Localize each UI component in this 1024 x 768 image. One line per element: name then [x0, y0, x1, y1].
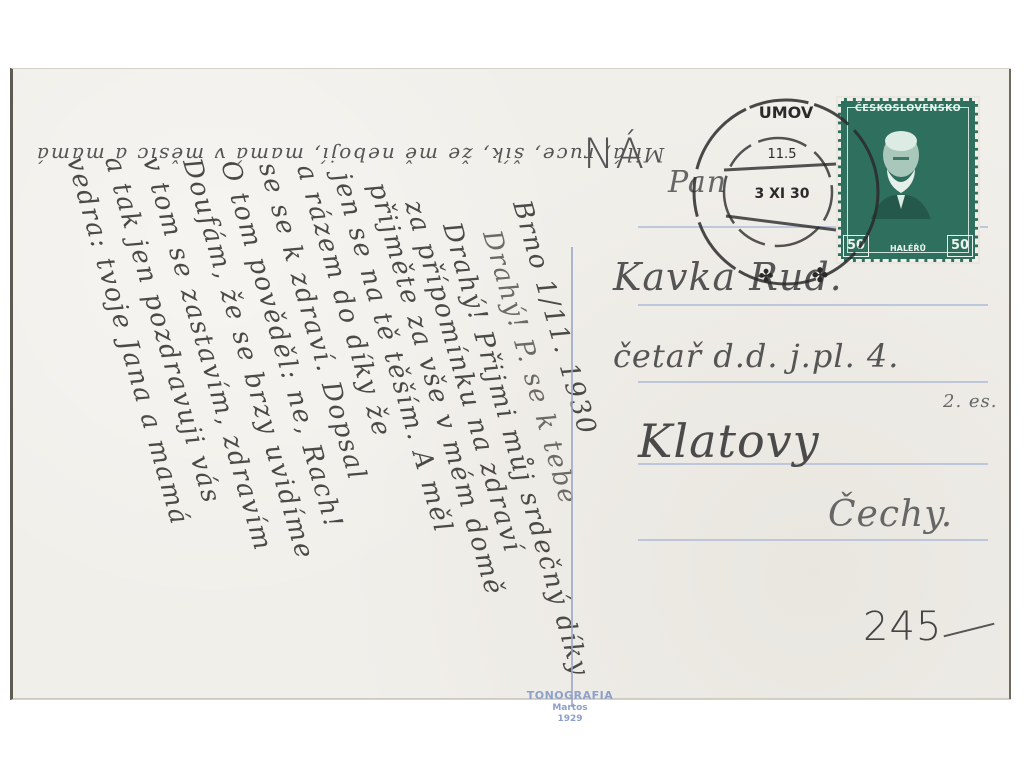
- address-rule: [638, 381, 988, 383]
- postmark-date: 3 XI 30: [755, 186, 810, 202]
- printer-mark-place: Martos: [515, 703, 625, 714]
- address-company: 2. es.: [943, 391, 998, 412]
- postmark-star-icon: ✤: [758, 266, 773, 287]
- vertical-divider: [571, 247, 573, 707]
- catalog-number: 245: [863, 604, 942, 650]
- address-rule: [638, 539, 988, 541]
- postmark-star-icon: ✤: [812, 263, 829, 287]
- postmark-cancellation: UMOV 11.5 3 XI 30 ✤ ✤: [686, 92, 906, 302]
- stamp-value-right: 50: [947, 235, 973, 257]
- catalog-dash: [944, 623, 995, 638]
- address-rank-unit: četař d.d. j.pl. 4.: [613, 337, 899, 375]
- printer-mark: TONOGRAFIA Martos 1929: [515, 689, 625, 725]
- address-city: Klatovy: [638, 414, 820, 468]
- printer-mark-name: TONOGRAFIA: [515, 689, 625, 703]
- postmark-code: 11.5: [768, 147, 797, 162]
- address-rule: [638, 304, 988, 306]
- printer-mark-year: 1929: [515, 714, 625, 725]
- postmark-town: UMOV: [759, 103, 814, 122]
- routing-note: NÁ: [583, 129, 645, 178]
- address-region: Čechy.: [828, 494, 953, 535]
